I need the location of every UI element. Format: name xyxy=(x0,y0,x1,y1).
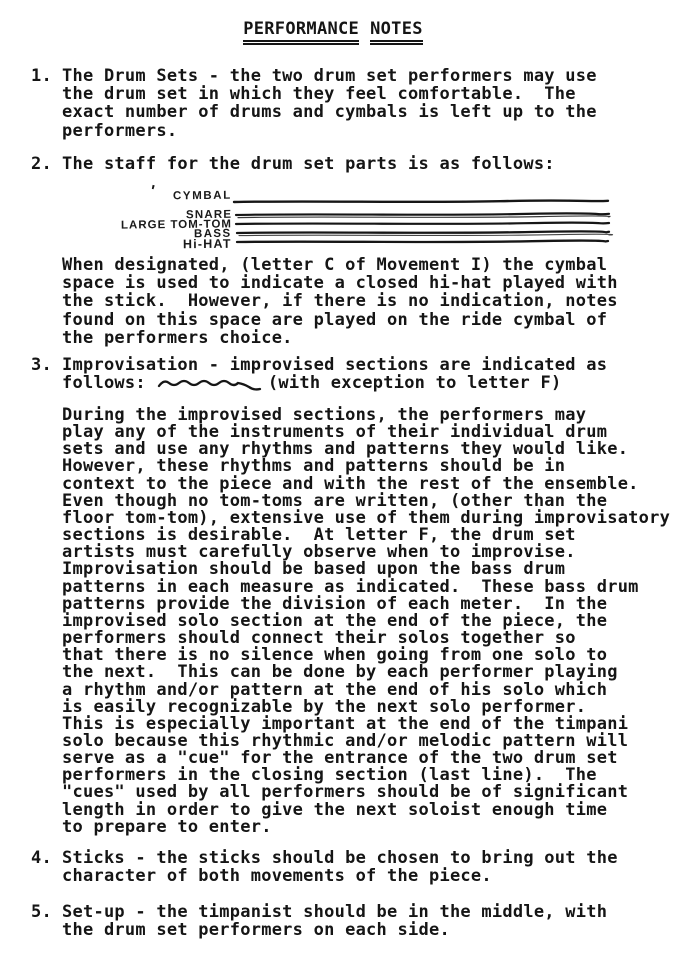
document-page: PERFORMANCENOTES 1. The Drum Sets - the … xyxy=(0,0,684,956)
item-text: The Drum Sets - the two drum set perform… xyxy=(62,67,684,140)
text-line: When designated, (letter C of Movement I… xyxy=(62,256,684,274)
text-line: Improvisation - improvised sections are … xyxy=(62,356,684,374)
staff-labels: CYMBAL SNARE LARGE TOM-TOM BASS Hi-HAT xyxy=(100,184,232,258)
text-line: The staff for the drum set parts is as f… xyxy=(62,155,684,173)
text-line: character of both movements of the piece… xyxy=(62,867,684,885)
text-line: to prepare to enter. xyxy=(62,819,684,836)
staff-label-hi-hat: Hi-HAT xyxy=(183,239,232,251)
improvisation-paragraph: During the improvised sections, the perf… xyxy=(62,407,684,836)
text-line: the drum set in which they feel comforta… xyxy=(62,85,684,103)
item-number: 2. xyxy=(31,155,52,173)
drum-staff-diagram: ' CYMBAL SNARE LARGE TOM-TOM BASS Hi-HAT xyxy=(100,184,614,258)
text-line: the drum set performers on each side. xyxy=(62,921,684,939)
text-line: Sticks - the sticks should be chosen to … xyxy=(62,849,684,867)
text-line: the stick. However, if there is no indic… xyxy=(62,292,684,310)
item-text: Set-up - the timpanist should be in the … xyxy=(62,903,684,939)
text-line: Improvisation should be based upon the b… xyxy=(62,561,684,578)
text-line: The Drum Sets - the two drum set perform… xyxy=(62,67,684,85)
title-word-performance: PERFORMANCE xyxy=(243,19,359,45)
note-item-set-up: 5. Set-up - the timpanist should be in t… xyxy=(0,903,684,939)
text-line: exact number of drums and cymbals is lef… xyxy=(62,103,684,121)
item-text: Improvisation - improvised sections are … xyxy=(62,356,684,392)
title-word-notes: NOTES xyxy=(370,19,423,45)
text-line: found on this space are played on the ri… xyxy=(62,311,684,329)
item-text: The staff for the drum set parts is as f… xyxy=(62,155,684,173)
squiggle-improvisation-mark xyxy=(156,376,262,391)
cymbal-space-paragraph: When designated, (letter C of Movement I… xyxy=(62,256,684,347)
staff-label-cymbal: CYMBAL xyxy=(173,191,232,203)
text-line: the performers choice. xyxy=(62,329,684,347)
item-number: 3. xyxy=(31,356,52,374)
note-item-sticks: 4. Sticks - the sticks should be chosen … xyxy=(0,849,684,885)
note-item-staff-heading: 2. The staff for the drum set parts is a… xyxy=(0,155,684,173)
follows-label: follows: xyxy=(62,373,146,393)
text-line: space is used to indicate a closed hi-ha… xyxy=(62,274,684,292)
item-number: 5. xyxy=(31,903,52,921)
item-number: 1. xyxy=(31,67,52,85)
note-item-improvisation-heading: 3. Improvisation - improvised sections a… xyxy=(0,356,684,392)
item-number: 4. xyxy=(31,849,52,867)
text-line: the next. This can be done by each perfo… xyxy=(62,664,684,681)
exception-note: (with exception to letter F) xyxy=(268,373,562,393)
text-line: Set-up - the timpanist should be in the … xyxy=(62,903,684,921)
page-title: PERFORMANCENOTES xyxy=(0,19,666,45)
item-text: Sticks - the sticks should be chosen to … xyxy=(62,849,684,885)
text-line: performers. xyxy=(62,122,684,140)
text-line: follows: (with exception to letter F) xyxy=(62,374,684,392)
note-item-drum-sets: 1. The Drum Sets - the two drum set perf… xyxy=(0,67,684,140)
